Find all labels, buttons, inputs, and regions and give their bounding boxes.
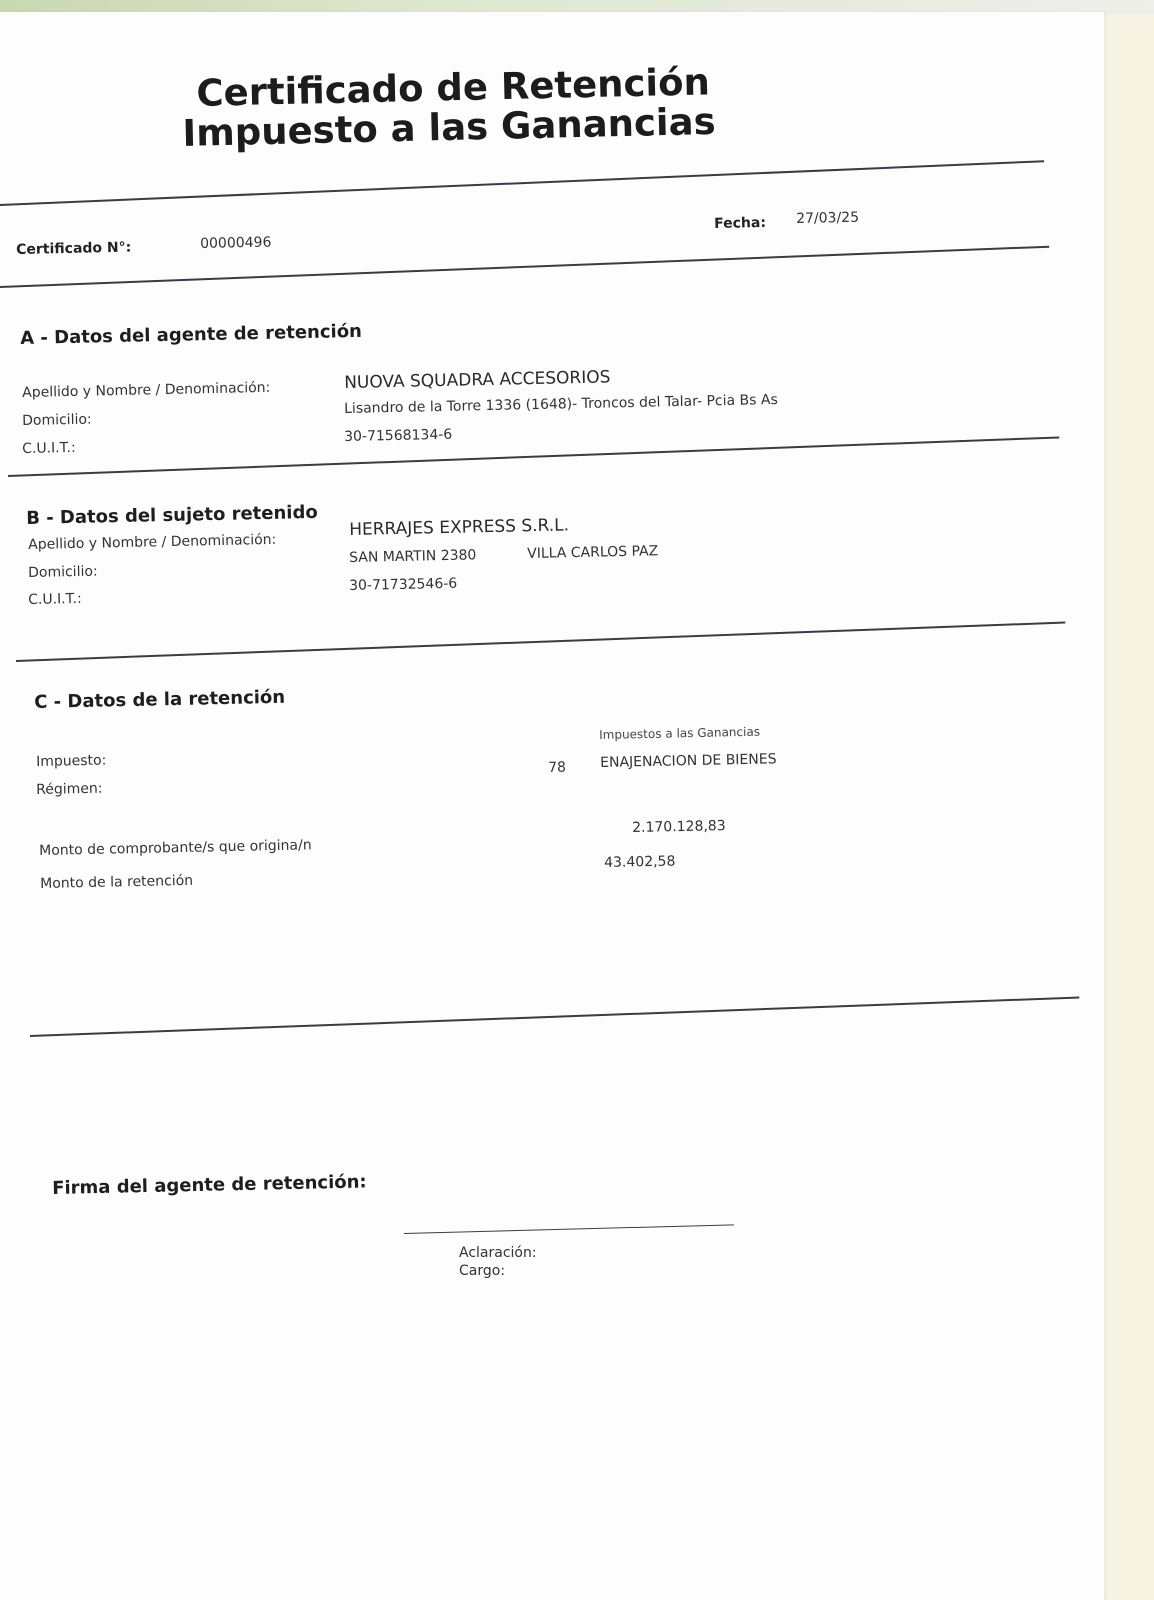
section-a-cuit-label: C.U.I.T.: <box>22 440 76 457</box>
section-a-address-label: Domicilio: <box>22 412 92 429</box>
section-b-address-city: VILLA CARLOS PAZ <box>527 543 658 562</box>
section-b-address-label: Domicilio: <box>28 564 98 581</box>
section-b-address-street: SAN MARTIN 2380 <box>349 547 477 566</box>
certificado-number-label: Certificado N°: <box>16 240 131 258</box>
regimen-label: Régimen: <box>36 781 103 798</box>
cargo-label: Cargo: <box>459 1263 505 1279</box>
section-b-cuit-label: C.U.I.T.: <box>28 591 82 608</box>
impuesto-label: Impuesto: <box>36 753 107 770</box>
aclaracion-label: Aclaración: <box>459 1245 537 1261</box>
regimen-code: 78 <box>548 760 566 776</box>
section-a-cuit-value: 30-71568134-6 <box>344 427 452 445</box>
section-b-cuit-value: 30-71732546-6 <box>349 576 457 594</box>
fecha-label: Fecha: <box>714 215 766 232</box>
monto-comprobante-value: 2.170.128,83 <box>632 818 726 836</box>
monto-retencion-value: 43.402,58 <box>604 854 676 871</box>
fecha-value: 27/03/25 <box>796 210 859 227</box>
monto-retencion-label: Monto de la retención <box>40 873 193 892</box>
certificado-number-value: 00000496 <box>200 235 272 252</box>
